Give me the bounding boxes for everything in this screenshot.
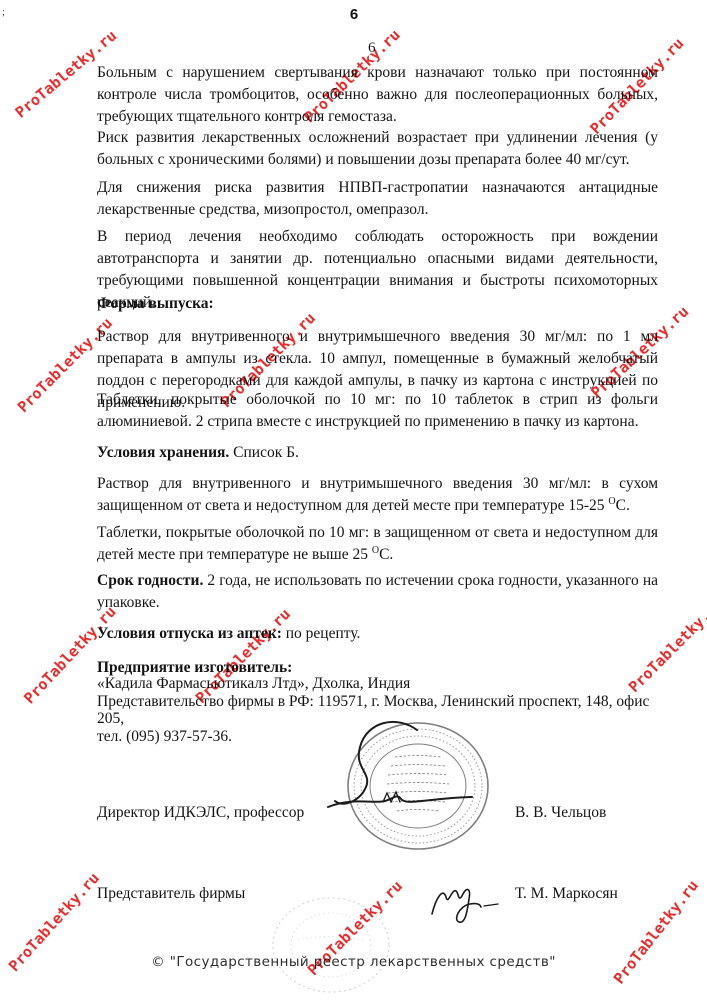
paragraph-coagulation: Больным с нарушением свертывания крови н… — [97, 62, 658, 128]
manufacturer-name-line: «Кадила Фармасьютикалз Лтд», Дхолка, Инд… — [97, 675, 677, 693]
faint-stamp-graphic — [268, 895, 398, 997]
scan-artifact-mark: ; — [2, 6, 5, 18]
paragraph-risk: Риск развития лекарственных осложнений в… — [97, 127, 658, 171]
degree-superscript: О — [372, 545, 379, 556]
dispensing-rest: по рецепту. — [282, 625, 361, 642]
storage-tablets-unit: С. — [379, 546, 393, 563]
director-label: Директор ИДКЭЛС, профессор — [97, 804, 304, 822]
storage-heading-rest: Список Б. — [229, 444, 299, 461]
paragraph-shelf-life: Срок годности. 2 года, не использовать п… — [97, 570, 658, 614]
director-signature — [328, 722, 472, 807]
representative-name: Т. М. Маркосян — [515, 885, 618, 903]
storage-heading-bold: Условия хранения. — [97, 444, 229, 461]
paragraph-gastropathy: Для снижения риска развития НПВП-гастроп… — [97, 177, 658, 221]
shelf-life-bold: Срок годности. — [97, 572, 203, 589]
scanned-document-page: ; 6 6 Больным с нарушением свертывания к… — [0, 0, 707, 1000]
watermark: ProTabletky.ru — [610, 877, 702, 988]
representative-signature — [424, 876, 504, 928]
storage-solution-unit: С. — [616, 497, 630, 514]
heading-release-form: Форма выпуска: — [97, 293, 658, 315]
paragraph-storage-tablets: Таблетки, покрытые оболочкой по 10 мг: в… — [97, 522, 658, 566]
representative-label: Представитель фирмы — [97, 885, 245, 903]
degree-superscript: О — [608, 496, 615, 507]
stamp-graphic — [325, 713, 510, 863]
storage-solution-text: Раствор для внутривенного и внутримышечн… — [97, 475, 658, 514]
paragraph-tablet-form: Таблетки, покрытые оболочкой по 10 мг: п… — [97, 389, 658, 433]
storage-tablets-text: Таблетки, покрытые оболочкой по 10 мг: в… — [97, 524, 658, 563]
page-number-overlay: 6 — [368, 40, 376, 57]
paragraph-dispensing: Условия отпуска из аптек: по рецепту. — [97, 623, 658, 645]
footer-copyright: © "Государственный реестр лекарственных … — [0, 954, 707, 970]
heading-storage-conditions: Условия хранения. Список Б. — [97, 442, 658, 464]
director-name: В. В. Чельцов — [515, 804, 606, 822]
paragraph-storage-solution: Раствор для внутривенного и внутримышечн… — [97, 473, 658, 517]
dispensing-bold: Условия отпуска из аптек: — [97, 625, 282, 642]
page-number: 6 — [344, 6, 364, 23]
